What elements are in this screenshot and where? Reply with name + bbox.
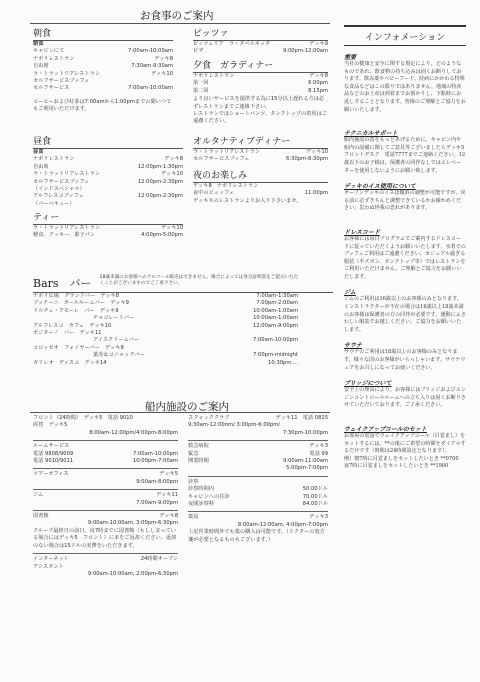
bars-note: 18歳未満のお客様へのアルコール販売はできません。場合によっては身分証明書をご提…	[100, 275, 300, 288]
bars-rows: ナポリ広場 グランドバー デッキ87:00am-1:30amブッチーニ ボールル…	[33, 293, 333, 367]
row-label: アイスクリームバー	[33, 337, 139, 344]
facility-label: 電話 9808/9009	[33, 451, 73, 458]
info-section: ジムジムのご利用は16歳以上のお客様のみとなります。インストラクターが不在の場合…	[344, 287, 466, 334]
gala-dinner-section: 夕食 ガラディナー ナポリレストランデッキ8第一回6.00pm第二回8.15pm…	[193, 58, 328, 126]
facility-value: 5:00pm-7:00pm	[286, 465, 328, 472]
facility-label: 診察時間内	[188, 486, 214, 493]
row-value: 10:00am-1:00am	[253, 315, 298, 322]
facility-value: デッキ11	[156, 492, 178, 499]
info-section-heading: ドレスコード	[344, 227, 466, 236]
facility-value: 9:00am-8:00pm	[136, 479, 178, 486]
row-label: ブッチーニ ボールルームバー デッキ9	[33, 300, 129, 307]
dining-title-rule	[30, 23, 330, 24]
breakfast-note: コーヒーおよび紅茶は7:00amから1:00pmまでの間いつでもご利用いただけま…	[33, 99, 173, 114]
facility-label: 9:30am-12:00nm/ 3:00pm-6:00pm/	[188, 422, 280, 429]
tea-heading: ティー	[33, 210, 183, 225]
facility-value: 9:00am-11:00am	[283, 458, 328, 465]
facility-value: 8:00am-12:00pm/4:00pm-8:00pm	[89, 430, 178, 437]
table-row: アイスクリームバー7:00am-10:00pm	[33, 337, 298, 344]
row-value: 10:30pm....	[268, 360, 298, 367]
facility-label: 図書館	[33, 513, 49, 520]
facility-label: 薬局	[188, 514, 198, 521]
night-heading: 夜のお楽しみ	[193, 168, 328, 183]
facility-value: デッキ5	[159, 471, 178, 478]
facility-row: 9:00am-10:00am, 3:00pm-6:30pm	[33, 520, 178, 527]
table-row: アルフレスコブッフェ12:00pm-2:30pm	[33, 193, 183, 200]
table-row: 自由席7:30am-9:30am	[33, 63, 173, 70]
table-row: ポジターノ バー デッキ11	[33, 330, 298, 337]
table-row: ピッツェリア ラ・タベルネッタデッキ9	[193, 41, 328, 48]
row-label: ナポリレストラン	[33, 156, 74, 163]
facility-group: 診察診察時間内50.00ドルキャビンへの往診70.00ドル夜間診察料84.00ド…	[188, 476, 328, 509]
night-section: 夜のお楽しみ デッキ8 ナポリレストラン夜中のビュッフェ11.00pmデッキ８の…	[193, 168, 328, 205]
gala-note-1: より良いサービスを提供する為に15分以上遅れる方は必ずレストランまでご連絡下さい…	[193, 96, 328, 111]
row-value: 7:00pm-midnight	[253, 352, 298, 359]
table-row: ナポリレストランデッキ8	[193, 73, 328, 80]
facility-row: 診察時間内50.00ドル	[188, 486, 328, 493]
row-value: 10:00am-1:00am	[253, 308, 298, 315]
info-section-text: ジムのご利用は16歳以上のお客様のみとなります。インストラクターが不在の場合は1…	[344, 296, 466, 334]
facility-row: ルームサービス	[33, 443, 178, 450]
lunch-section: 昼食 昼食ナポリレストランデッキ8自由席12:00pm-1:30pmラ・トラット…	[33, 134, 183, 208]
facility-group: ジムデッキ117:00am-9:00pm	[33, 489, 178, 507]
info-section: 重要当社の健康と安全に関する規定により、どのようなものであれ、飲食物の持ち込みは…	[344, 52, 466, 114]
facility-row: 電話 9808/90097:00am-10:00pm	[33, 451, 178, 458]
row-value: 7:00am-10:00am	[128, 85, 173, 92]
table-row: 第二回8.15pm	[193, 88, 328, 95]
table-row: セルフサービスブッフェ6:30pm-8:30pm	[193, 156, 328, 163]
table-row: ナポリレストランデッキ8	[33, 56, 173, 63]
gala-note-2: レストランではショートパンツ、タンクトップの着用はご遠慮ください。	[193, 111, 328, 126]
facility-value: 9:00am-10:00am, 3:00pm-6:30pm	[88, 520, 178, 527]
row-label: 軽食、クッキー、菓子パン	[33, 232, 95, 239]
facility-value: 7:00am-10:00pm	[133, 451, 178, 458]
info-section: ウェイクアップコールのセットお部屋の電話でウェイクアップコール（目覚まし）をセッ…	[344, 424, 466, 456]
breakfast-heading: 朝食	[33, 26, 173, 41]
row-value: デッキ8	[309, 73, 328, 80]
row-value: 8.15pm	[308, 88, 328, 95]
row-value: デッキ10	[151, 71, 173, 78]
facility-row: スクォッククラブデッキ11 電話 0815	[188, 415, 328, 422]
table-row: アルフレスコ カフェ デッキ1012:00am-9:00pm	[33, 323, 298, 330]
facility-row: ツアーオフィスデッキ5	[33, 471, 178, 478]
facility-label: キャビンへの往診	[188, 494, 230, 501]
facility-row: インターネット24時間オープン	[33, 556, 178, 563]
facility-label: ツアーオフィス	[33, 471, 68, 478]
row-value: 12:00pm-2:30pm	[138, 193, 183, 200]
row-value: 6:30pm-8:30pm	[286, 156, 328, 163]
row-value: デッキ8	[164, 156, 183, 163]
info-section-text: お客様には毎日プログラムでご案内するドレスコードに従っていただくようお願いいたし…	[344, 236, 466, 282]
row-value: 7:00pm-2:00am	[256, 300, 298, 307]
info-section: テクニカルサポート船内施設の質をもっとあげるために、キャビン内や船内の設備に関し…	[344, 128, 466, 175]
row-value: デッキ8	[154, 56, 173, 63]
info-section-text: 船内施設の質をもっとあげるために、キャビン内や船内の設備に関してご意見等ございま…	[344, 137, 466, 175]
facility-label: スクォッククラブ	[188, 415, 229, 422]
info-section-text: 当社の健康と安全に関する規定により、どのようなものであれ、飲食物の持ち込みは固く…	[344, 61, 466, 114]
row-value: デッキ10	[161, 225, 183, 232]
table-row: チョコレートバー10:00am-1:00am	[33, 315, 298, 322]
facility-row: 緊急電話 99	[188, 451, 328, 458]
alt-dinner-rows: ラ・トラットリアレストランデッキ10セルフサービスブッフェ6:30pm-8:30…	[193, 149, 328, 164]
facility-value: 70.00ドル	[303, 494, 328, 501]
facility-row: 9:30am-12:00nm/ 3:00pm-6:00pm/	[188, 422, 328, 429]
night-rows: デッキ8 ナポリレストラン夜中のビュッフェ11.00pmデッキ８のレストランより…	[193, 183, 328, 205]
gala-dinner-rows: ナポリレストランデッキ8第一回6.00pm第二回8.15pm	[193, 73, 328, 95]
row-label: ガリレオ ディスコ デッキ14	[33, 360, 107, 367]
facility-value: 24時間オープン	[141, 556, 178, 563]
facility-note: 上記営業時間外でも薬の購入は可能です。（ドクターの処方箋が必要となるものもござい…	[188, 529, 328, 544]
info-section-heading: デッキのイス使用について	[344, 181, 466, 190]
facility-label: 夜間診察料	[188, 501, 214, 508]
facility-row: アシスタント	[33, 564, 178, 571]
table-row: ドルチェ・アモーレ バー デッキ910:00am-1:00am	[33, 308, 298, 315]
facility-row: 5:00pm-7:00pm	[188, 465, 328, 472]
breakfast-section: 朝食 朝食キャビンにて7:00am-10:00amナポリレストランデッキ8自由席…	[33, 26, 173, 114]
row-label: ラ・トラットリアレストラン	[33, 171, 100, 178]
facility-label: インターネット	[33, 556, 69, 563]
info-section-text: オープンデッキのイスは傾斜の調整が可能ですが、戻る前に必ずきちんと調整できている…	[344, 190, 466, 213]
table-row: セルフサービスブッフェ12:00pm-2:30pm	[33, 179, 183, 186]
bars-section: Bars バー 18歳未満のお客様へのアルコール販売はできません。場合によっては…	[33, 275, 333, 367]
breakfast-rows: 朝食キャビンにて7:00am-10:00amナポリレストランデッキ8自由席7:3…	[33, 41, 173, 93]
info-section-text: 夜7時に目覚ましをセットしたいとき **1900	[344, 463, 466, 471]
facility-row: ジムデッキ11	[33, 492, 178, 499]
info-section-text: 安全上の理由により、お客様にはブリッジおよびエンジンコントロールルームへの立ち入…	[344, 387, 466, 410]
facility-row: 9:00am-10:00am, 2:00pm-6:30pm	[33, 571, 178, 578]
facility-row: 7:30pm-10:00pm	[188, 430, 328, 437]
info-section: ブリッジについて安全上の理由により、お客様にはブリッジおよびエンジンコントロール…	[344, 378, 466, 410]
facility-value: デッキ3	[309, 514, 328, 521]
lunch-heading: 昼食	[33, 134, 183, 149]
table-row: ラ・トラットリアレストランデッキ10	[33, 171, 183, 178]
table-row: ラ・トラットリアレストランデッキ10	[33, 71, 173, 78]
table-row: コロッセオ フォイヤーバー デッキ8	[33, 345, 298, 352]
table-row: 軽食、クッキー、菓子パン4:00pm-5:00pm	[33, 232, 183, 239]
facility-label: 救急病院	[188, 443, 209, 450]
facility-group: スクォッククラブデッキ11 電話 08159:30am-12:00nm/ 3:0…	[188, 415, 328, 437]
table-row: ピザ9:00pm-12:00am	[193, 48, 328, 55]
row-label: セルフサービスブッフェ	[33, 179, 89, 186]
row-label: 葉巻＆コニャックバー	[33, 352, 145, 359]
table-row: ナポリレストランデッキ8	[33, 156, 183, 163]
row-label: 自由席	[33, 63, 49, 70]
info-column: インフォメーション 重要当社の健康と安全に関する規定により、どのようなものであれ…	[344, 25, 466, 471]
alt-dinner-section: オルタナティブディナー ラ・トラットリアレストランデッキ10セルフサービスブッフ…	[193, 134, 328, 164]
facility-label: ジム	[33, 492, 43, 499]
facility-value: 7:30pm-10:00pm	[283, 430, 328, 437]
info-section-heading: ウェイクアップコールのセット	[344, 424, 466, 433]
facilities-title-rule	[30, 412, 330, 413]
row-label: セルフサービス	[33, 85, 69, 92]
row-value: 7:30am-9:30am	[131, 63, 173, 70]
facility-label: 開業時間	[188, 458, 209, 465]
facility-value: デッキ3	[309, 443, 328, 450]
facility-group: 救急病院デッキ3緊急電話 99開業時間9:00am-11:00am5:00pm-…	[188, 440, 328, 473]
gala-dinner-heading: 夕食 ガラディナー	[193, 58, 328, 73]
facility-group: ツアーオフィスデッキ59:00am-8:00pm	[33, 468, 178, 486]
row-value: デッキ10	[161, 171, 183, 178]
facility-note: クルーズ最終日の前日、夜7時までに図書館（もししまっている場合にはデッキ5 フロ…	[33, 528, 178, 550]
dining-title: お食事のご案内	[140, 8, 214, 23]
facility-group: インターネット24時間オープンアシスタント9:00am-10:00am, 2:0…	[33, 553, 178, 578]
info-title: インフォメーション	[344, 25, 466, 46]
facility-row: 救急病院デッキ3	[188, 443, 328, 450]
facility-row: 電話 9010/901110:00pm-7:00am	[33, 458, 178, 465]
facility-group: 薬局デッキ38:00am-12:00am, 4:00pm-7:00pm上記営業時…	[188, 511, 328, 544]
facility-value: 7:00am-9:00pm	[136, 500, 178, 507]
row-value: 12:00pm-2:30pm	[138, 179, 183, 186]
table-row: 第一回6.00pm	[193, 80, 328, 87]
facility-group: フロント（24時間） デッキ5 電話 9010両替 デッキ58:00am-12:…	[33, 415, 178, 437]
facility-label: 緊急	[188, 451, 198, 458]
tea-section: ティー ラ・トラットリアレストランデッキ10軽食、クッキー、菓子パン4:00pm…	[33, 210, 183, 240]
facility-row: 8:00am-12:00pm/4:00pm-8:00pm	[33, 430, 178, 437]
facility-row: 開業時間9:00am-11:00am	[188, 458, 328, 465]
row-value: デッキ10	[306, 149, 328, 156]
table-row: ブッチーニ ボールルームバー デッキ97:00pm-2:00am	[33, 300, 298, 307]
facility-row: 9:00am-8:00pm	[33, 479, 178, 486]
row-value: 7:00am-10:00pm	[253, 337, 298, 344]
table-row: キャビンにて7:00am-10:00am	[33, 48, 173, 55]
row-label: 第一回	[193, 80, 209, 87]
info-section-heading: ブリッジについて	[344, 378, 466, 387]
lunch-rows: 昼食ナポリレストランデッキ8自由席12:00pm-1:30pmラ・トラットリアレ…	[33, 149, 183, 208]
tea-rows: ラ・トラットリアレストランデッキ10軽食、クッキー、菓子パン4:00pm-5:0…	[33, 225, 183, 240]
facility-value: 電話 99	[309, 451, 328, 458]
row-label: （バーベキュー）	[33, 201, 75, 208]
row-value: 7:00am-10:00am	[128, 48, 173, 55]
table-row: 夜中のビュッフェ11.00pm	[193, 190, 328, 197]
facility-group: 図書館デッキ89:00am-10:00am, 3:00pm-6:30pmクルーズ…	[33, 510, 178, 550]
row-value: 4:00pm-5:00pm	[141, 232, 183, 239]
table-row: （バーベキュー）	[33, 201, 183, 208]
facility-value: デッキ8	[159, 513, 178, 520]
table-row: 葉巻＆コニャックバー7:00pm-midnight	[33, 352, 298, 359]
facility-value: 84.00ドル	[303, 501, 328, 508]
facility-row: 薬局デッキ3	[188, 514, 328, 521]
info-section: サウナサウナのご利用は18歳以上のお客様のみとなります。様々な国のお客様がいらっ…	[344, 340, 466, 372]
row-label: ラ・トラットリアレストラン	[33, 71, 100, 78]
row-label: チョコレートバー	[33, 315, 134, 322]
row-label: ピザ	[193, 48, 203, 55]
facility-value: 9:00am-10:00am, 2:00pm-6:30pm	[88, 571, 178, 578]
facility-value: デッキ11 電話 0815	[276, 415, 328, 422]
row-label: アルフレスコブッフェ	[33, 193, 84, 200]
row-label: デッキ８のレストランよりお入り下さいませ。	[193, 198, 302, 205]
facility-label: アシスタント	[33, 564, 64, 571]
facility-row: キャビンへの往診70.00ドル	[188, 494, 328, 501]
row-label: ポジターノ バー デッキ11	[33, 330, 101, 337]
facility-value: 10:00pm-7:00am	[133, 458, 178, 465]
info-section-text: サウナのご利用は18歳以上のお客様のみとなります。様々な国のお客様がいらっしゃい…	[344, 349, 466, 372]
row-value: 9:00pm-12:00am	[283, 48, 328, 55]
alt-dinner-heading: オルタナティブディナー	[193, 134, 328, 149]
facility-row: 両替 デッキ5	[33, 422, 178, 429]
info-section: ドレスコードお客様には毎日プログラムでご案内するドレスコードに従っていただくよう…	[344, 227, 466, 282]
info-section-text: お部屋の電話でウェイクアップコール（目覚まし）をセットするには、**の後にご希望…	[344, 433, 466, 456]
facility-row: 図書館デッキ8	[33, 513, 178, 520]
table-row: デッキ８のレストランよりお入り下さいませ。	[193, 198, 328, 205]
facility-label: 両替 デッキ5	[33, 422, 67, 429]
row-label: キャビンにて	[33, 48, 64, 55]
facility-label: ルームサービス	[33, 443, 69, 450]
row-label: 夜中のビュッフェ	[193, 190, 234, 197]
facility-row: 7:00am-9:00pm	[33, 500, 178, 507]
row-value: 12:00am-9:00pm	[253, 323, 298, 330]
row-label: アルフレスコ カフェ デッキ10	[33, 323, 111, 330]
facility-group: ルームサービス電話 9808/90097:00am-10:00pm電話 9010…	[33, 440, 178, 465]
info-sections: 重要当社の健康と安全に関する規定により、どのようなものであれ、飲食物の持ち込みは…	[344, 52, 466, 471]
table-row: ガリレオ ディスコ デッキ1410:30pm....	[33, 360, 298, 367]
row-label: セルフサービスブッフェ	[193, 156, 249, 163]
facility-value: 50.00ドル	[303, 486, 328, 493]
row-value: 11.00pm	[305, 190, 328, 197]
row-label: 第二回	[193, 88, 209, 95]
pizza-heading: ピッツァ	[193, 26, 328, 41]
row-value: 6.00pm	[308, 80, 328, 87]
row-value: 7:00am-1:30am	[256, 293, 298, 300]
info-section: 夜7時に目覚ましをセットしたいとき **1900	[344, 463, 466, 471]
facilities-right-column: スクォッククラブデッキ11 電話 08159:30am-12:00nm/ 3:0…	[188, 415, 328, 544]
pizza-section: ピッツァ ピッツェリア ラ・タベルネッタデッキ9ピザ9:00pm-12:00am	[193, 26, 328, 56]
facility-row: 夜間診察料84.00ドル	[188, 501, 328, 508]
info-section: デッキのイス使用についてオープンデッキのイスは傾斜の調整が可能ですが、戻る前に必…	[344, 181, 466, 213]
facilities-left-column: フロント（24時間） デッキ5 電話 9010両替 デッキ58:00am-12:…	[33, 415, 178, 578]
pizza-rows: ピッツェリア ラ・タベルネッタデッキ9ピザ9:00pm-12:00am	[193, 41, 328, 56]
info-section-heading: 重要	[344, 52, 466, 61]
row-value: デッキ9	[309, 41, 328, 48]
facility-label: 電話 9010/9011	[33, 458, 73, 465]
row-label: ピッツェリア ラ・タベルネッタ	[193, 41, 270, 48]
table-row: セルフサービス7:00am-10:00am	[33, 85, 173, 92]
bars-title: Bars バー	[33, 275, 92, 291]
info-section-heading: テクニカルサポート	[344, 128, 466, 137]
